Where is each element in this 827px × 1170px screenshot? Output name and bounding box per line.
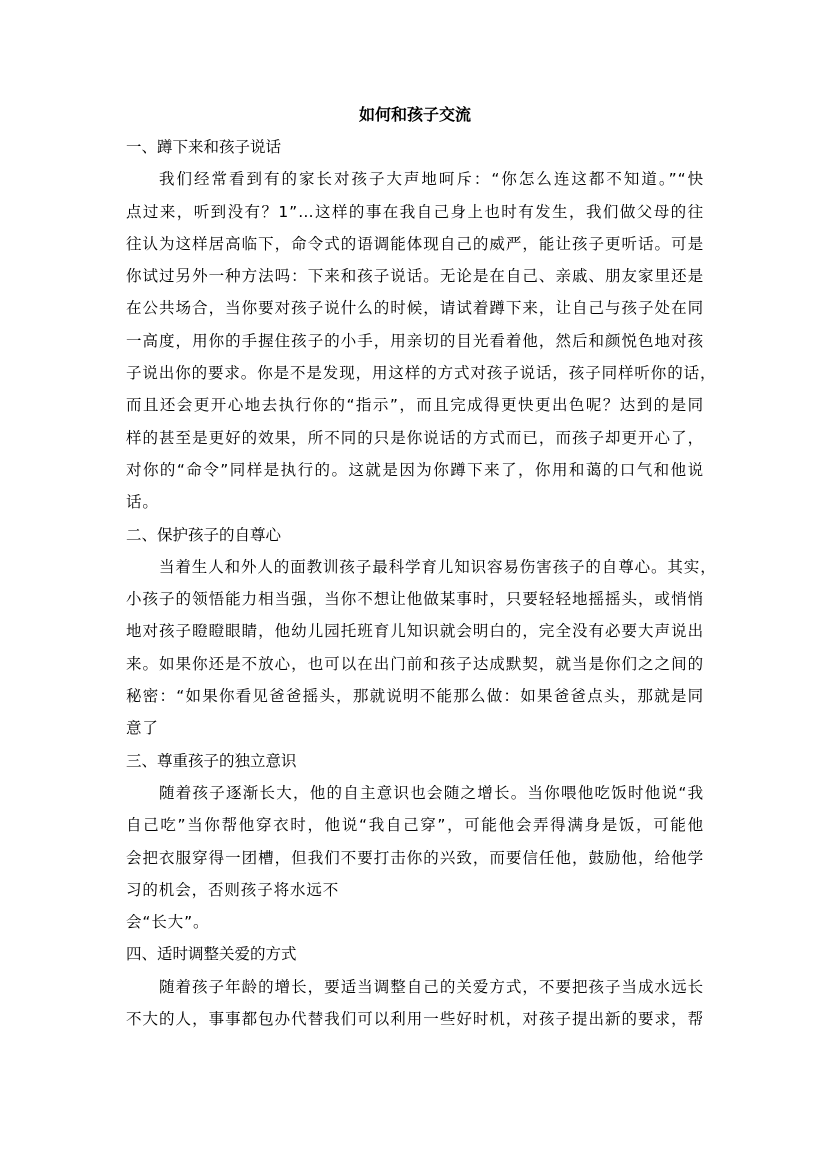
paragraph: 随着孩子逐渐长大，他的自主意识也会随之增长。当你喂他吃饭时他说“我 自己吃”当你… [126, 777, 704, 906]
text-line: 子说出你的要求。你是不是发现，用这样的方式对孩子说话，孩子同样听你的话， [126, 357, 704, 389]
text-line: 秘密：“如果你看见爸爸摇头，那就说明不能那么做：如果爸爸点头，那就是同 [126, 680, 704, 712]
text-line: 往认为这样居高临下，命令式的语调能体现自己的威严，能让孩子更听话。可是 [126, 228, 704, 260]
text-line: 我们经常看到有的家长对孩子大声地呵斥：“你怎么连这都不知道。”“快 [126, 163, 704, 195]
text-line: 点过来，听到没有？1”…这样的事在我自己身上也时有发生，我们做父母的往 [126, 196, 704, 228]
text-line: 话。 [126, 486, 704, 518]
section-heading: 四、适时调整关爱的方式 [126, 938, 704, 970]
paragraph: 当着生人和外人的面教训孩子最科学育儿知识容易伤害孩子的自尊心。其实， 小孩子的领… [126, 551, 704, 745]
text-line: 会“长大”。 [126, 906, 704, 938]
paragraph: 随着孩子年龄的增长，要适当调整自己的关爱方式，不要把孩子当成水远长 不大的人，事… [126, 971, 704, 1036]
text-line: 自己吃”当你帮他穿衣时，他说“我自己穿”，可能他会弄得满身是饭，可能他 [126, 809, 704, 841]
section-3: 三、尊重孩子的独立意识 随着孩子逐渐长大，他的自主意识也会随之增长。当你喂他吃饭… [126, 745, 704, 939]
text-line: 意了 [126, 712, 704, 744]
document-title: 如何和孩子交流 [126, 99, 704, 131]
text-line: 随着孩子年龄的增长，要适当调整自己的关爱方式，不要把孩子当成水远长 [126, 971, 704, 1003]
section-heading: 一、蹲下来和孩子说话 [126, 131, 704, 163]
text-line: 你试过另外一种方法吗：下来和孩子说话。无论是在自己、亲戚、朋友家里还是 [126, 260, 704, 292]
text-line: 样的甚至是更好的效果，所不同的只是你说话的方式而已，而孩子却更开心了， [126, 422, 704, 454]
text-line: 随着孩子逐渐长大，他的自主意识也会随之增长。当你喂他吃饭时他说“我 [126, 777, 704, 809]
section-2: 二、保护孩子的自尊心 当着生人和外人的面教训孩子最科学育儿知识容易伤害孩子的自尊… [126, 519, 704, 745]
document-page: 如何和孩子交流 一、蹲下来和孩子说话 我们经常看到有的家长对孩子大声地呵斥：“你… [126, 99, 704, 1035]
text-line: 会把衣服穿得一团槽，但我们不要打击你的兴致，而要信任他，鼓励他，给他学 [126, 842, 704, 874]
section-heading: 二、保护孩子的自尊心 [126, 519, 704, 551]
text-line: 当着生人和外人的面教训孩子最科学育儿知识容易伤害孩子的自尊心。其实， [126, 551, 704, 583]
text-line: 地对孩子瞪瞪眼睛，他幼儿园托班育儿知识就会明白的，完全没有必要大声说出 [126, 615, 704, 647]
text-line: 不大的人，事事都包办代替我们可以利用一些好时机，对孩子提出新的要求，帮 [126, 1003, 704, 1035]
text-line: 一高度，用你的手握住孩子的小手，用亲切的目光看着他，然后和颜悦色地对孩 [126, 325, 704, 357]
text-line: 小孩子的领悟能力相当强，当你不想让他做某事时，只要轻轻地摇摇头，或悄悄 [126, 583, 704, 615]
paragraph: 会“长大”。 [126, 906, 704, 938]
paragraph: 我们经常看到有的家长对孩子大声地呵斥：“你怎么连这都不知道。”“快 点过来，听到… [126, 163, 704, 518]
text-line: 习的机会，否则孩子将水远不 [126, 874, 704, 906]
section-heading: 三、尊重孩子的独立意识 [126, 745, 704, 777]
text-line: 对你的“命令”同样是执行的。这就是因为你蹲下来了，你用和蔼的口气和他说 [126, 454, 704, 486]
section-1: 一、蹲下来和孩子说话 我们经常看到有的家长对孩子大声地呵斥：“你怎么连这都不知道… [126, 131, 704, 519]
section-4: 四、适时调整关爱的方式 随着孩子年龄的增长，要适当调整自己的关爱方式，不要把孩子… [126, 938, 704, 1035]
text-line: 在公共场合，当你要对孩子说什么的时候，请试着蹲下来，让自己与孩子处在同 [126, 292, 704, 324]
text-line: 而且还会更开心地去执行你的“指示”，而且完成得更快更出色呢？达到的是同 [126, 389, 704, 421]
text-line: 来。如果你还是不放心，也可以在出门前和孩子达成默契，就当是你们之之间的 [126, 648, 704, 680]
